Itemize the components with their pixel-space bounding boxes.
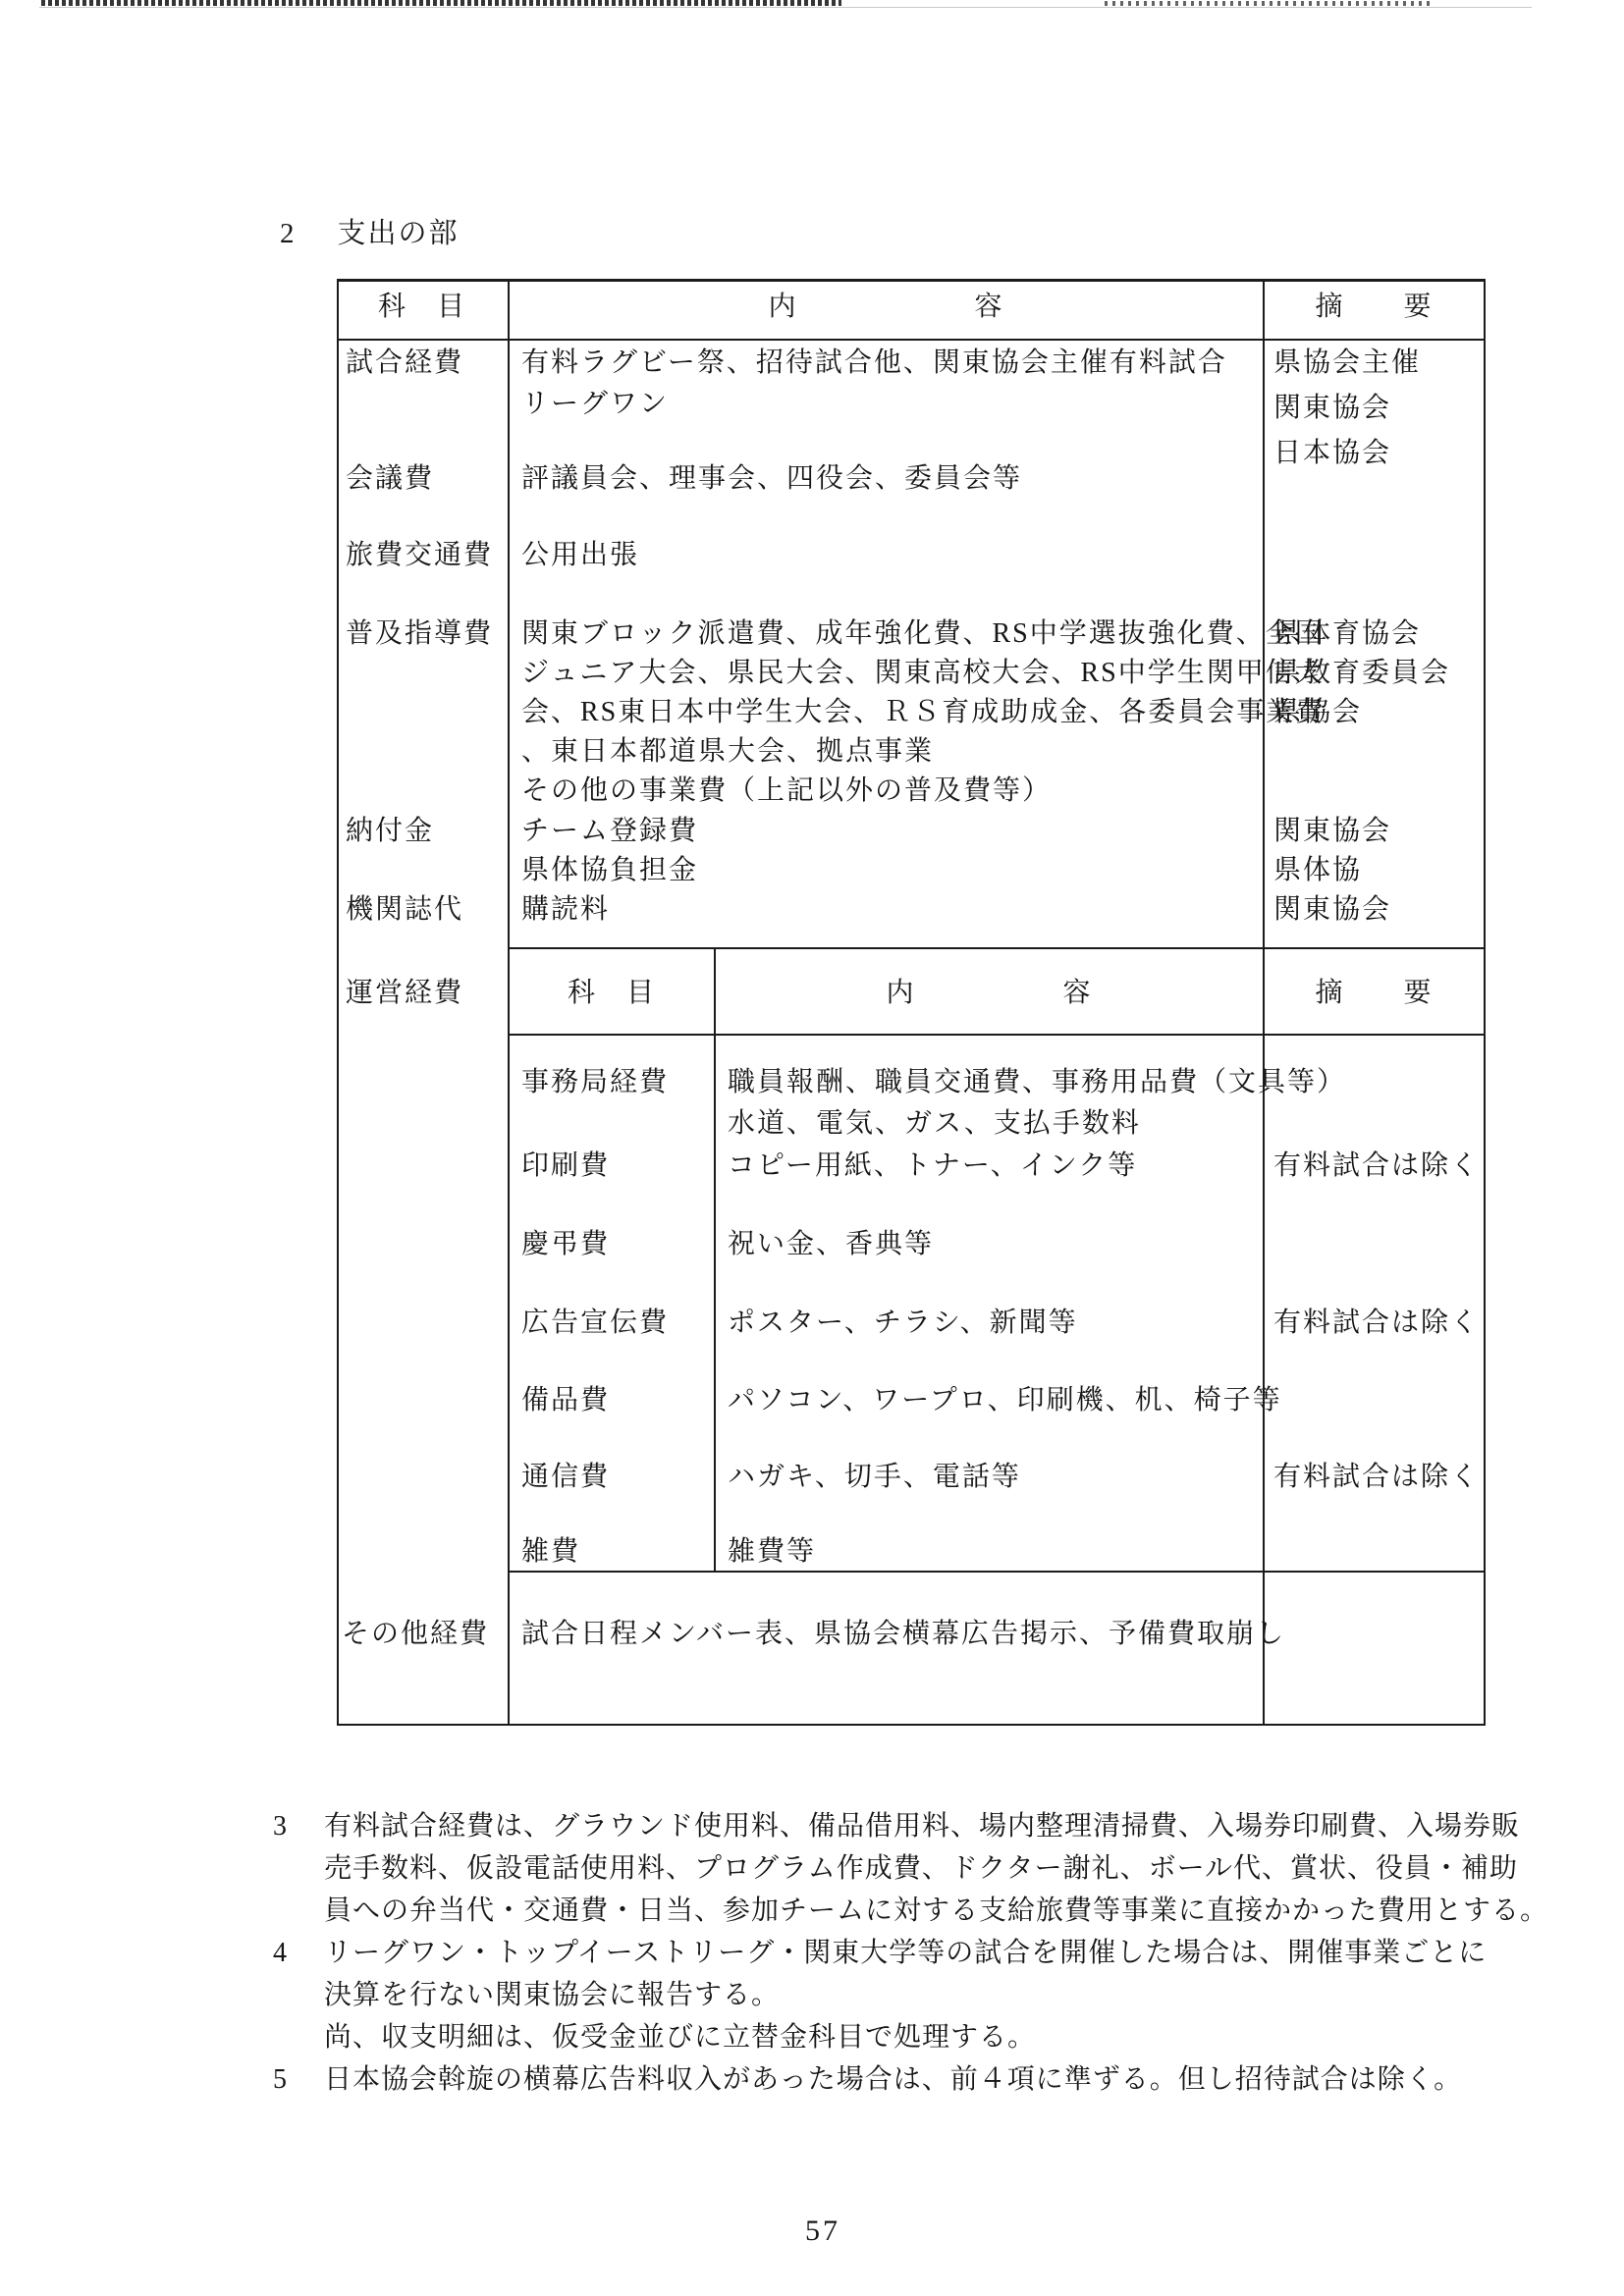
- content-line: 購読料: [521, 894, 610, 926]
- row-item-promotion-expenses: 普及指導費: [346, 618, 493, 650]
- content-line: 県体協負担金: [521, 855, 698, 886]
- row-item-travel-expenses: 旅費交通費: [346, 540, 493, 571]
- nested-content-line: コピー用紙、トナー、インク等: [728, 1150, 1137, 1182]
- content-line: 有料ラグビー祭、招待試合他、関東協会主催有料試合: [521, 347, 1227, 379]
- section-title: 2支出の部: [280, 218, 460, 250]
- page-number: 57: [784, 2215, 862, 2248]
- row-item-payments: 納付金: [346, 816, 434, 847]
- nested-header-content: 内 容: [716, 978, 1263, 1009]
- remarks-line: 県教育委員会: [1273, 658, 1450, 689]
- header-item: 科 目: [337, 292, 508, 323]
- note-3-line: 有料試合経費は、グラウンド使用料、備品借用料、場内整理清掃費、入場券印刷費、入場…: [324, 1811, 1520, 1842]
- note-4-line: リーグワン・トップイーストリーグ・関東大学等の試合を開催した場合は、開催事業ごと…: [324, 1938, 1487, 1969]
- nested-content-line: ハガキ、切手、電話等: [728, 1462, 1021, 1493]
- content-line: 公用出張: [521, 540, 639, 571]
- header-remarks: 摘 要: [1265, 292, 1484, 323]
- nested-remarks-line: 有料試合は除く: [1273, 1150, 1480, 1182]
- nested-header-remarks: 摘 要: [1265, 978, 1484, 1009]
- remarks-line: 県体協: [1273, 855, 1362, 886]
- remarks-line: 県協会主催: [1273, 347, 1421, 379]
- nested-remarks-line: 有料試合は除く: [1273, 1462, 1480, 1493]
- scan-artifact-line: [39, 7, 1532, 8]
- section-number: 2: [280, 218, 297, 250]
- nested-content-line: 職員報酬、職員交通費、事務用品費（文具等）: [728, 1067, 1346, 1098]
- content-line: その他の事業費（上記以外の普及費等）: [521, 775, 1052, 807]
- scan-artifact-left: [41, 0, 841, 6]
- nested-content-line: 水道、電気、ガス、支払手数料: [728, 1108, 1141, 1140]
- nested-row-item-printing: 印刷費: [521, 1150, 610, 1182]
- nested-row-item-congratulatory: 慶弔費: [521, 1229, 610, 1260]
- header-underline: [337, 339, 1484, 341]
- nested-row-item-miscellaneous: 雑費: [521, 1536, 580, 1568]
- nested-content-line: 雑費等: [728, 1536, 816, 1568]
- nested-content-line: 祝い金、香典等: [728, 1229, 934, 1260]
- nested-row-item-communication: 通信費: [521, 1462, 610, 1493]
- nested-table-top-border: [508, 947, 1484, 949]
- note-4-line: 決算を行ない関東協会に報告する。: [324, 1980, 780, 2011]
- note-3-line: 員への弁当代・交通費・日当、参加チームに対する支給旅費等事業に直接かかった費用と…: [324, 1896, 1548, 1927]
- nested-header-underline: [508, 1034, 1484, 1036]
- row-item-match-expenses: 試合経費: [346, 347, 463, 379]
- row-item-other-expenses: その他経費: [342, 1619, 489, 1650]
- nested-content-line: ポスター、チラシ、新聞等: [728, 1308, 1078, 1339]
- remarks-line: 関東協会: [1273, 894, 1391, 926]
- section-title-text: 支出の部: [338, 218, 460, 249]
- content-line: 会、RS東日本中学生大会、ＲＳ育成助成金、各委員会事業費: [521, 697, 1325, 728]
- nested-table-bottom-border: [508, 1571, 1484, 1573]
- nested-row-item-equipment: 備品費: [521, 1385, 610, 1416]
- nested-row-item-secretariat: 事務局経費: [521, 1067, 669, 1098]
- content-line: 試合日程メンバー表、県協会横幕広告掲示、予備費取崩し: [521, 1619, 1285, 1650]
- note-3-number: 3: [273, 1811, 287, 1842]
- nested-row-item-advertising: 広告宣伝費: [521, 1308, 669, 1339]
- row-item-operating-expenses: 運営経費: [346, 978, 463, 1009]
- row-item-journal-fees: 機関誌代: [346, 894, 463, 926]
- content-line: 関東ブロック派遣費、成年強化費、RS中学選抜強化費、全国: [521, 618, 1325, 650]
- note-5-line: 日本協会斡旋の横幕広告料収入があった場合は、前４項に準ずる。但し招待試合は除く。: [324, 2064, 1462, 2096]
- content-line: 、東日本都道県大会、拠点事業: [521, 736, 934, 768]
- note-4-number: 4: [273, 1938, 287, 1969]
- content-line: 評議員会、理事会、四役会、委員会等: [521, 463, 1022, 495]
- content-line: リーグワン: [521, 389, 669, 420]
- remarks-line: 日本協会: [1273, 438, 1391, 469]
- remarks-line: 関東協会: [1273, 393, 1391, 424]
- remarks-line: 関東協会: [1273, 816, 1391, 847]
- header-content: 内 容: [510, 292, 1263, 323]
- scan-artifact-right: [1105, 1, 1434, 6]
- content-line: ジュニア大会、県民大会、関東高校大会、RS中学生関甲信大: [521, 658, 1325, 689]
- remarks-line: 県協会: [1273, 697, 1362, 728]
- note-4-line: 尚、収支明細は、仮受金並びに立替金科目で処理する。: [324, 2022, 1036, 2054]
- note-3-line: 売手数料、仮設電話使用料、プログラム作成費、ドクター謝礼、ボール代、賞状、役員・…: [324, 1853, 1518, 1885]
- nested-remarks-line: 有料試合は除く: [1273, 1308, 1480, 1339]
- row-item-meeting-expenses: 会議費: [346, 463, 434, 495]
- nested-content-line: パソコン、ワープロ、印刷機、机、椅子等: [728, 1385, 1282, 1416]
- nested-header-item: 科 目: [510, 978, 714, 1009]
- document-page: 2支出の部 科 目 内 容 摘 要 試合経費 会議費 旅費交通費 普及指導費 納…: [0, 0, 1624, 2296]
- remarks-line: 県体育協会: [1273, 618, 1421, 650]
- note-5-number: 5: [273, 2064, 287, 2096]
- nested-col-divider: [714, 947, 716, 1573]
- content-line: チーム登録費: [521, 816, 698, 847]
